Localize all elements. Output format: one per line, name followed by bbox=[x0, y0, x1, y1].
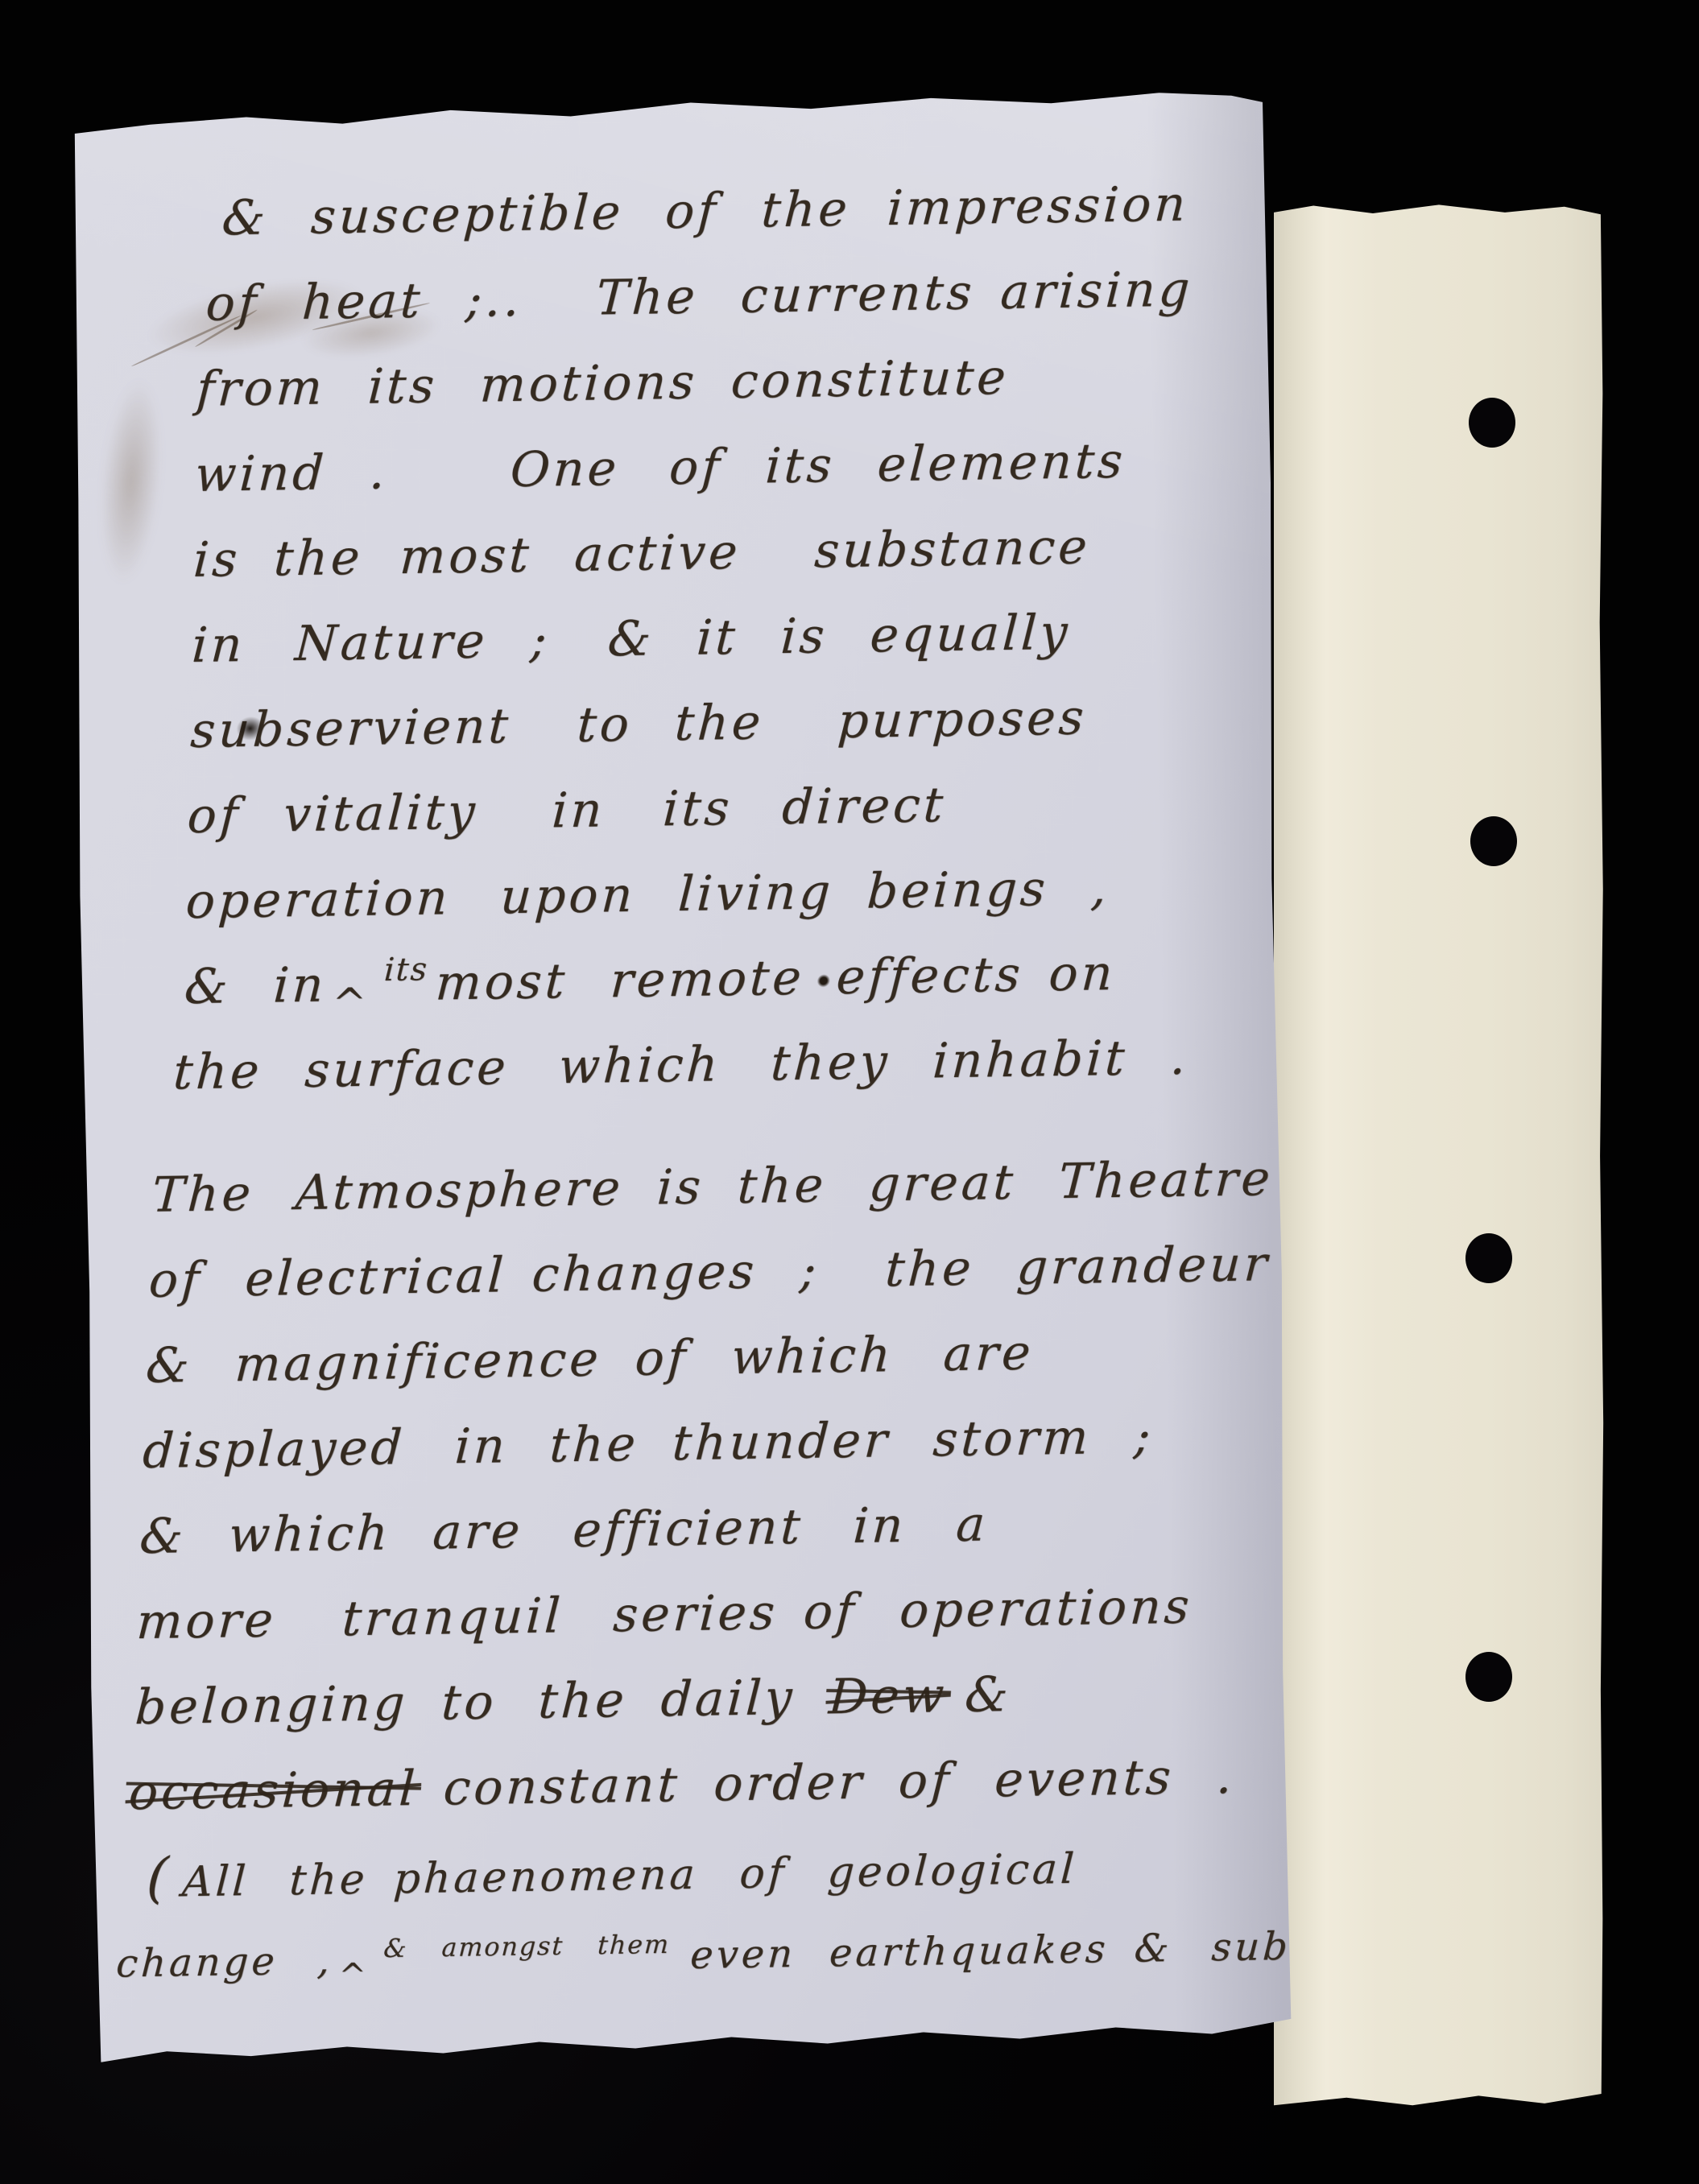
manuscript-line: & susceptibleof theimpression bbox=[204, 159, 1336, 262]
handwritten-words: a bbox=[954, 1496, 990, 1553]
manuscript-line: isthemost activesubstance bbox=[184, 501, 1317, 603]
word-gap bbox=[389, 486, 510, 488]
struck-out-word: occasional bbox=[127, 1761, 420, 1821]
handwritten-words: the surface bbox=[172, 1039, 510, 1100]
handwritten-words: the grandeur bbox=[883, 1236, 1271, 1298]
manuscript-line: wind .Oneof its elements bbox=[189, 415, 1321, 518]
handwritten-words: most remote bbox=[434, 950, 806, 1012]
word-gap bbox=[796, 1713, 828, 1714]
manuscript-line: & in^itsmost remoteeffectson bbox=[161, 928, 1293, 1030]
handwritten-words: The currents bbox=[595, 264, 977, 326]
handwritten-words: The bbox=[151, 1166, 255, 1224]
insertion-caret: ^ bbox=[336, 1932, 371, 2018]
word-gap bbox=[764, 737, 837, 738]
manuscript-line: operationupon livingbeings , bbox=[166, 843, 1298, 945]
word-gap bbox=[624, 228, 664, 229]
handwritten-words: order bbox=[713, 1754, 866, 1813]
word-gap bbox=[523, 1546, 572, 1547]
handwritten-words: most active bbox=[399, 524, 742, 585]
word-gap bbox=[277, 1635, 341, 1636]
handwritten-words: on bbox=[1048, 945, 1118, 1002]
word-gap bbox=[721, 1080, 770, 1080]
handwritten-words: of geological bbox=[738, 1845, 1078, 1898]
handwritten-words: constant bbox=[442, 1757, 682, 1816]
handwritten-words: of events . bbox=[897, 1748, 1237, 1810]
manuscript-line: from its motionsconstitute bbox=[194, 330, 1326, 432]
handwritten-words: to bbox=[440, 1674, 498, 1731]
manuscript-line: inNature ;& it is equally bbox=[180, 586, 1312, 688]
handwritten-words: purposes bbox=[836, 689, 1088, 749]
handwritten-words: & in bbox=[183, 956, 328, 1015]
word-gap bbox=[639, 1459, 672, 1460]
word-gap bbox=[551, 655, 607, 656]
handwritten-words: of its elements bbox=[668, 433, 1127, 496]
handwritten-words: the great Theatre bbox=[736, 1150, 1275, 1215]
handwritten-words: displayed bbox=[141, 1419, 406, 1480]
handwritten-words: from its motions bbox=[195, 354, 699, 418]
handwritten-words: is bbox=[192, 531, 242, 588]
handwritten-words: One bbox=[509, 440, 621, 498]
manuscript-line: & whichareefficientina bbox=[131, 1477, 1263, 1579]
handwritten-words: operation bbox=[184, 869, 452, 930]
handwritten-words: earthquakes bbox=[829, 1926, 1110, 1976]
handwritten-words: Atmosphere bbox=[294, 1160, 625, 1221]
insertion-caret: ^ bbox=[329, 961, 372, 1047]
handwritten-words: are bbox=[942, 1325, 1036, 1383]
word-gap bbox=[895, 1370, 943, 1371]
handwritten-words: of operations bbox=[802, 1579, 1194, 1641]
handwritten-words: the bbox=[537, 1672, 629, 1730]
handwritten-words: the bbox=[548, 1416, 640, 1474]
word-gap bbox=[564, 1631, 612, 1632]
word-gap bbox=[451, 913, 499, 914]
photograph-background: & susceptibleof theimpressionof heat ;..… bbox=[0, 0, 1699, 2184]
word-gap bbox=[363, 573, 399, 574]
manuscript-line: TheAtmosphereisthe great Theatre bbox=[150, 1136, 1282, 1238]
handwritten-words: are bbox=[432, 1503, 525, 1561]
handwritten-words: of the bbox=[663, 181, 852, 240]
word-gap bbox=[512, 741, 577, 742]
punch-hole-1 bbox=[1469, 398, 1515, 448]
handwritten-words: daily bbox=[659, 1670, 796, 1728]
handwritten-words: & magnificence bbox=[144, 1331, 602, 1393]
handwritten-words: wind . bbox=[193, 444, 390, 503]
word-gap bbox=[907, 1541, 955, 1542]
handwritten-words: the bbox=[272, 530, 364, 588]
handwritten-words: upon living bbox=[499, 864, 835, 925]
handwritten-words: constitute bbox=[730, 349, 1011, 410]
manuscript-line: of vitalityinitsdirect bbox=[171, 758, 1303, 860]
handwritten-words: in bbox=[191, 617, 247, 674]
handwritten-words: ( bbox=[145, 1845, 173, 1909]
ink-smudge bbox=[81, 341, 182, 621]
handwritten-words: they inhabit . bbox=[769, 1030, 1190, 1092]
handwritten-words: beings , bbox=[866, 860, 1111, 920]
manuscript-line: belongingtothedailyDew& bbox=[122, 1649, 1254, 1751]
handwritten-words: arising bbox=[999, 261, 1195, 320]
struck-out-word: Dew bbox=[827, 1667, 949, 1725]
handwritten-words: All the bbox=[181, 1856, 370, 1906]
word-gap bbox=[241, 575, 273, 576]
handwritten-words: impression bbox=[886, 175, 1190, 237]
handwritten-words: of electrical bbox=[147, 1247, 508, 1309]
handwritten-words: effects bbox=[816, 947, 1025, 1006]
word-gap bbox=[620, 484, 668, 485]
manuscript-page: & susceptibleof theimpressionof heat ;..… bbox=[66, 86, 1296, 2084]
word-gap bbox=[391, 1549, 432, 1550]
handwritten-words: of vitality bbox=[186, 784, 480, 844]
handwritten-words: more bbox=[135, 1592, 278, 1651]
manuscript-line: (All thephaenomenaof geological bbox=[112, 1819, 1244, 1922]
handwritten-words: in bbox=[453, 1418, 510, 1475]
punch-hole-4 bbox=[1465, 1652, 1512, 1702]
manuscript-line: the surfacewhichthey inhabit . bbox=[156, 1014, 1288, 1116]
word-gap bbox=[820, 1286, 884, 1286]
word-gap bbox=[478, 827, 551, 828]
word-gap bbox=[628, 1715, 660, 1716]
handwritten-words: tranquil bbox=[341, 1587, 564, 1647]
handwritten-words: which bbox=[557, 1036, 722, 1095]
handwritten-words: thunder storm ; bbox=[671, 1408, 1155, 1472]
handwritten-words: of which bbox=[634, 1327, 895, 1387]
manuscript-line: subservientto thepurposes bbox=[176, 671, 1308, 774]
word-gap bbox=[523, 314, 596, 315]
manuscript-line: displayedinthethunder storm ; bbox=[135, 1392, 1267, 1494]
handwritten-words: is bbox=[655, 1159, 705, 1216]
word-gap bbox=[796, 1966, 829, 1967]
handwritten-words: its bbox=[661, 780, 734, 837]
word-gap bbox=[602, 1375, 635, 1376]
handwritten-words: of heat ;.. bbox=[205, 271, 524, 332]
handwritten-words: belonging bbox=[134, 1675, 409, 1736]
manuscript-text: & susceptibleof theimpressionof heat ;..… bbox=[107, 159, 1335, 2007]
word-gap bbox=[698, 398, 730, 398]
word-gap bbox=[624, 1203, 656, 1204]
manuscript-line: of heat ;..The currentsarising bbox=[199, 245, 1331, 347]
handwritten-words: & it is equally bbox=[606, 605, 1072, 668]
handwritten-words: & which bbox=[138, 1505, 393, 1565]
word-gap bbox=[804, 1542, 852, 1543]
handwritten-words: series bbox=[612, 1584, 779, 1643]
handwritten-words: substance bbox=[813, 518, 1092, 579]
word-gap bbox=[834, 908, 866, 909]
handwritten-words: to the bbox=[576, 694, 765, 753]
handwritten-words: change , bbox=[115, 1938, 334, 1987]
handwritten-words: phaenomena bbox=[392, 1851, 699, 1904]
backing-sheet bbox=[1274, 203, 1604, 2109]
handwritten-words: & susceptible bbox=[221, 184, 625, 246]
word-gap bbox=[606, 825, 662, 826]
interlinear-insertion: & amongst them bbox=[381, 1902, 672, 1992]
word-gap bbox=[408, 1720, 440, 1720]
handwritten-words: in bbox=[551, 782, 607, 839]
word-gap bbox=[851, 225, 887, 225]
handwritten-words: changes ; bbox=[531, 1242, 821, 1303]
word-gap bbox=[246, 660, 294, 661]
word-gap bbox=[406, 1463, 454, 1464]
handwritten-words: & bbox=[963, 1666, 1012, 1724]
manuscript-line: moretranquilseriesof operations bbox=[126, 1563, 1259, 1665]
word-gap bbox=[680, 1801, 713, 1802]
handwritten-words: direct bbox=[781, 777, 948, 836]
word-gap bbox=[254, 1209, 295, 1210]
manuscript-line: of electricalchanges ;the grandeur bbox=[145, 1221, 1277, 1323]
punch-hole-2 bbox=[1470, 816, 1517, 866]
manuscript-line: occasionalconstantorderof events . bbox=[117, 1734, 1249, 1836]
word-gap bbox=[705, 1203, 737, 1203]
word-gap bbox=[498, 1718, 538, 1719]
handwritten-words: subservient bbox=[189, 698, 513, 759]
handwritten-words: efficient bbox=[571, 1499, 804, 1559]
word-gap bbox=[699, 1888, 739, 1889]
word-gap bbox=[510, 1083, 558, 1084]
handwritten-words: in bbox=[852, 1497, 908, 1554]
manuscript-line: & magnificenceof whichare bbox=[140, 1307, 1272, 1409]
punch-hole-3 bbox=[1465, 1233, 1512, 1283]
word-gap bbox=[741, 567, 813, 568]
word-gap bbox=[733, 824, 781, 824]
handwritten-words: even bbox=[689, 1931, 797, 1978]
handwritten-words: Nature ; bbox=[293, 612, 551, 672]
interlinear-insertion: its bbox=[382, 927, 431, 1013]
manuscript-line: change ,^& amongst themevenearthquakes& … bbox=[107, 1905, 1239, 2007]
word-gap bbox=[866, 1798, 898, 1798]
word-gap bbox=[509, 1461, 549, 1462]
